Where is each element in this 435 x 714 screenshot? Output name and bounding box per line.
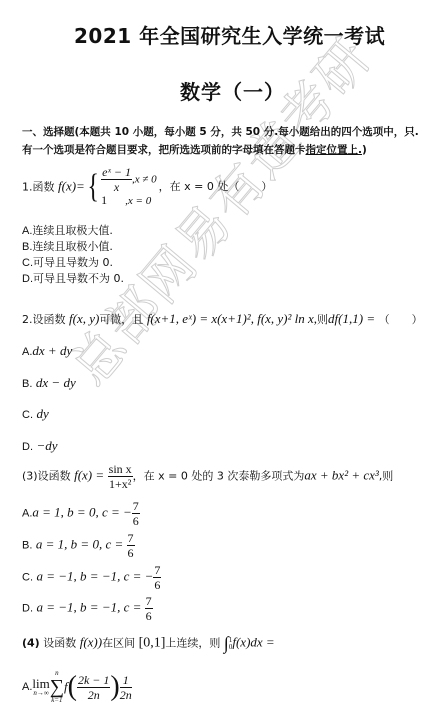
q3-option-a[interactable]: A.a = 1, b = 0, c = −76 xyxy=(22,500,140,527)
q1-option-c[interactable]: C.可导且导数为 0. xyxy=(22,254,113,270)
q1-case1: eˣ − 1x,x ≠ 0 xyxy=(101,166,156,193)
q3-option-c[interactable]: C. a = −1, b = −1, c = −76 xyxy=(22,564,161,591)
page-subtitle: 数学（一） xyxy=(180,76,285,105)
q1-prefix: 函数 xyxy=(33,180,55,193)
section-line2-underlined: 指定位置上. xyxy=(306,144,363,156)
q1-case2: 1,x = 0 xyxy=(101,193,156,209)
q4-option-a[interactable]: A.limn→∞n∑k=1f(2k − 12n)12n xyxy=(22,670,132,704)
question-2: 2.设函数 f(x, y)可微，且 f(x+1, eˣ) = x(x+1)², … xyxy=(22,311,423,327)
section-instructions-line1: 一、选择题(本题共 10 小题，每小题 5 分，共 50 分.每小题给出的四个选… xyxy=(22,124,419,139)
section-line2-text: 有一个选项是符合题目要求，把所选选项前的字母填在答题卡 xyxy=(22,144,306,156)
q1-case1-frac: eˣ − 1x xyxy=(101,166,132,193)
limit-expression: limn→∞ xyxy=(32,677,49,697)
question-4: (4) 设函数 f(x))在区间 [0,1]上连续，则 ∫10f(x)dx = xyxy=(22,633,275,654)
question-1: 1.函数 f(x)={ eˣ − 1x,x ≠ 0 1,x = 0 ，在 x =… xyxy=(22,166,272,209)
summation-icon: n∑k=1 xyxy=(50,670,64,704)
section-line2-end: ) xyxy=(362,144,367,156)
q1-option-d[interactable]: D.可导且导数不为 0. xyxy=(22,270,124,286)
q2-option-b[interactable]: B. dx − dy xyxy=(22,375,76,391)
q1-option-a[interactable]: A.连续且取极大值. xyxy=(22,222,113,238)
q2-option-c[interactable]: C. dy xyxy=(22,406,49,422)
q3-option-b[interactable]: B. a = 1, b = 0, c = 76 xyxy=(22,532,135,559)
page-title: 2021 年全国研究生入学统一考试 xyxy=(74,20,385,49)
q1-func: f(x)= xyxy=(58,178,85,193)
q1-suffix: ，在 x = 0 处（ ） xyxy=(159,180,273,193)
question-3: (3)设函数 f(x) = sin x1+x²，在 x = 0 处的 3 次泰勒… xyxy=(22,463,393,490)
q2-option-d[interactable]: D. −dy xyxy=(22,438,58,454)
section-instructions-line2: 有一个选项是符合题目要求，把所选选项前的字母填在答题卡指定位置上.) xyxy=(22,142,367,157)
q2-option-a[interactable]: A.dx + dy xyxy=(22,343,72,359)
left-brace-icon: { xyxy=(87,170,98,204)
q1-cases: eˣ − 1x,x ≠ 0 1,x = 0 xyxy=(101,166,156,209)
q3-fraction: sin x1+x² xyxy=(108,463,133,490)
q1-number: 1. xyxy=(22,180,33,193)
q1-option-b[interactable]: B.连续且取极小值. xyxy=(22,238,113,254)
q3-option-d[interactable]: D. a = −1, b = −1, c = 76 xyxy=(22,595,153,622)
